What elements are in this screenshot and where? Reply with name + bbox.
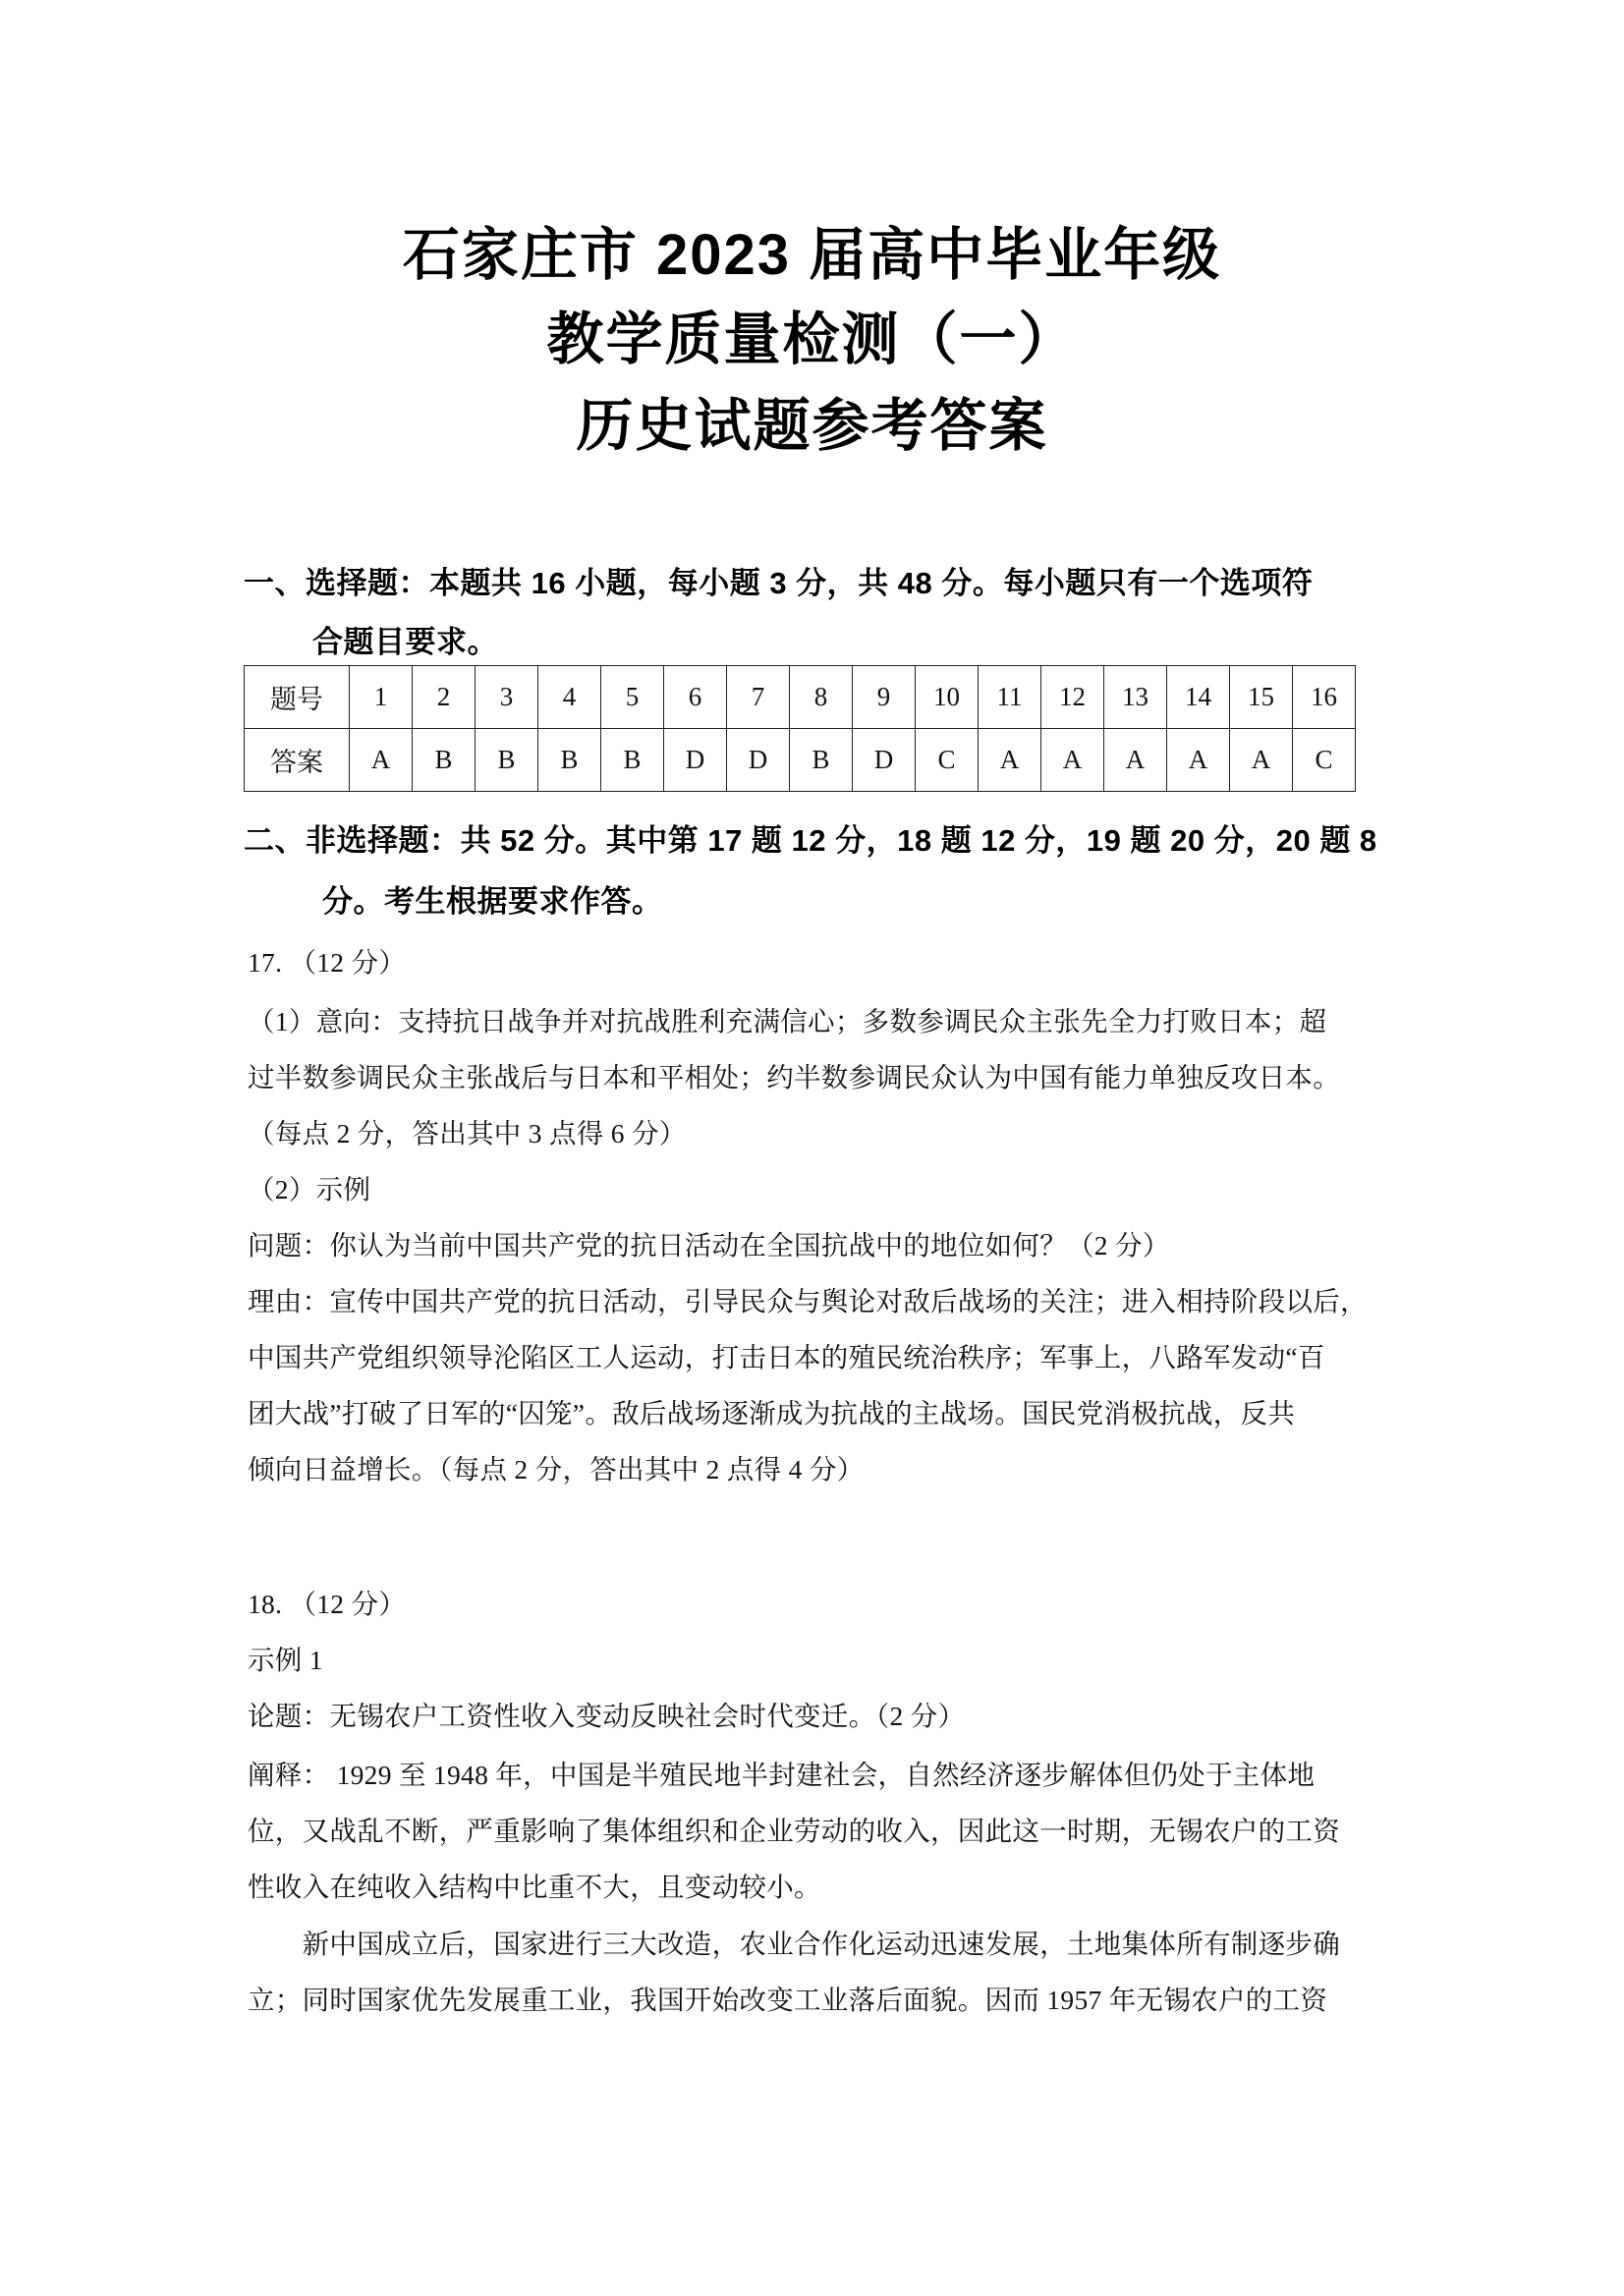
answer-cell: D <box>727 729 790 792</box>
section1-heading-cont: 合题目要求。 <box>312 617 498 661</box>
section2-heading: 二、非选择题：共 52 分。其中第 17 题 12 分，18 题 12 分，19… <box>244 815 1377 860</box>
title-line-2: 教学质量检测（一） <box>0 293 1624 375</box>
question-number: 11 <box>979 666 1041 729</box>
question-number: 16 <box>1293 666 1356 729</box>
q18-explain-line: 位，又战乱不断，严重影响了集体组织和企业劳动的收入，因此这一时期，无锡农户的工资 <box>248 1809 1340 1848</box>
question-number: 6 <box>664 666 727 729</box>
question-number: 14 <box>1167 666 1230 729</box>
answer-cell: B <box>790 729 853 792</box>
q17-reason-line: 理由：宣传中国共产党的抗日活动，引导民众与舆论对敌后战场的关注；进入相持阶段以后… <box>248 1279 1368 1318</box>
answer-cell: A <box>350 729 413 792</box>
q18-para2-line: 立；同时国家优先发展重工业，我国开始改变工业落后面貌。因而 1957 年无锡农户… <box>248 1978 1327 2017</box>
table-row-numbers: 题号 1 2 3 4 5 6 7 8 9 10 11 12 13 14 15 1… <box>245 666 1356 729</box>
answer-cell: C <box>916 729 979 792</box>
answer-cell: A <box>1230 729 1293 792</box>
q17-p1-line: （每点 2 分，答出其中 3 点得 6 分） <box>248 1111 687 1150</box>
answer-cell: B <box>476 729 538 792</box>
q18-explain-line: 性收入在纯收入结构中比重不大，且变动较小。 <box>248 1865 821 1904</box>
answer-cell: A <box>1041 729 1104 792</box>
q17-reason-line: 中国共产党组织领导沦陷区工人运动，打击日本的殖民统治秩序；军事上，八路军发动“百 <box>248 1335 1325 1374</box>
question-number: 8 <box>790 666 853 729</box>
section2-heading-cont: 分。考生根据要求作答。 <box>322 876 663 921</box>
answer-cell: D <box>664 729 727 792</box>
question-number: 15 <box>1230 666 1293 729</box>
answer-cell: B <box>538 729 601 792</box>
answer-cell: A <box>1167 729 1230 792</box>
question-number: 3 <box>476 666 538 729</box>
row-label: 答案 <box>245 729 350 792</box>
q17-reason-line: 倾向日益增长。（每点 2 分，答出其中 2 点得 4 分） <box>248 1447 864 1486</box>
answer-cell: D <box>853 729 916 792</box>
question-number: 13 <box>1104 666 1167 729</box>
question-number: 4 <box>538 666 601 729</box>
answer-cell: B <box>413 729 476 792</box>
title-line-3: 历史试题参考答案 <box>0 379 1624 462</box>
answer-cell: C <box>1293 729 1356 792</box>
section1-heading: 一、选择题：本题共 16 小题，每小题 3 分，共 48 分。每小题只有一个选项… <box>244 558 1313 602</box>
question-number: 9 <box>853 666 916 729</box>
q17-header: 17. （12 分） <box>248 940 406 980</box>
question-number: 10 <box>916 666 979 729</box>
row-label: 题号 <box>245 666 350 729</box>
q17-question: 问题：你认为当前中国共产党的抗日活动在全国抗战中的地位如何？（2 分） <box>248 1223 1170 1262</box>
answer-table: 题号 1 2 3 4 5 6 7 8 9 10 11 12 13 14 15 1… <box>244 665 1356 792</box>
answer-cell: A <box>979 729 1041 792</box>
q17-p1-line: （1）意向：支持抗日战争并对抗战胜利充满信心；多数参调民众主张先全力打败日本；超 <box>248 999 1326 1038</box>
q18-explain-line: 阐释： 1929 至 1948 年，中国是半殖民地半封建社会，自然经济逐步解体但… <box>248 1753 1315 1792</box>
answer-cell: A <box>1104 729 1167 792</box>
q17-p2-header: （2）示例 <box>248 1167 370 1206</box>
question-number: 5 <box>601 666 664 729</box>
question-number: 1 <box>350 666 413 729</box>
answer-cell: B <box>601 729 664 792</box>
question-number: 12 <box>1041 666 1104 729</box>
question-number: 2 <box>413 666 476 729</box>
q18-thesis: 论题：无锡农户工资性收入变动反映社会时代变迁。（2 分） <box>248 1694 965 1733</box>
title-line-1: 石家庄市 2023 届高中毕业年级 <box>0 208 1624 291</box>
question-number: 7 <box>727 666 790 729</box>
q18-example-label: 示例 1 <box>248 1638 323 1677</box>
q17-reason-line: 团大战”打破了日军的“囚笼”。敌后战场逐渐成为抗战的主战场。国民党消极抗战，反共 <box>248 1391 1295 1430</box>
q18-para2-line: 新中国成立后，国家进行三大改造，农业合作化运动迅速发展，土地集体所有制逐步确 <box>248 1922 1340 1961</box>
table-row-answers: 答案 A B B B B D D B D C A A A A A C <box>245 729 1356 792</box>
q18-header: 18. （12 分） <box>248 1582 406 1621</box>
q17-p1-line: 过半数参调民众主张战后与日本和平相处；约半数参调民众认为中国有能力单独反攻日本。 <box>248 1055 1340 1094</box>
